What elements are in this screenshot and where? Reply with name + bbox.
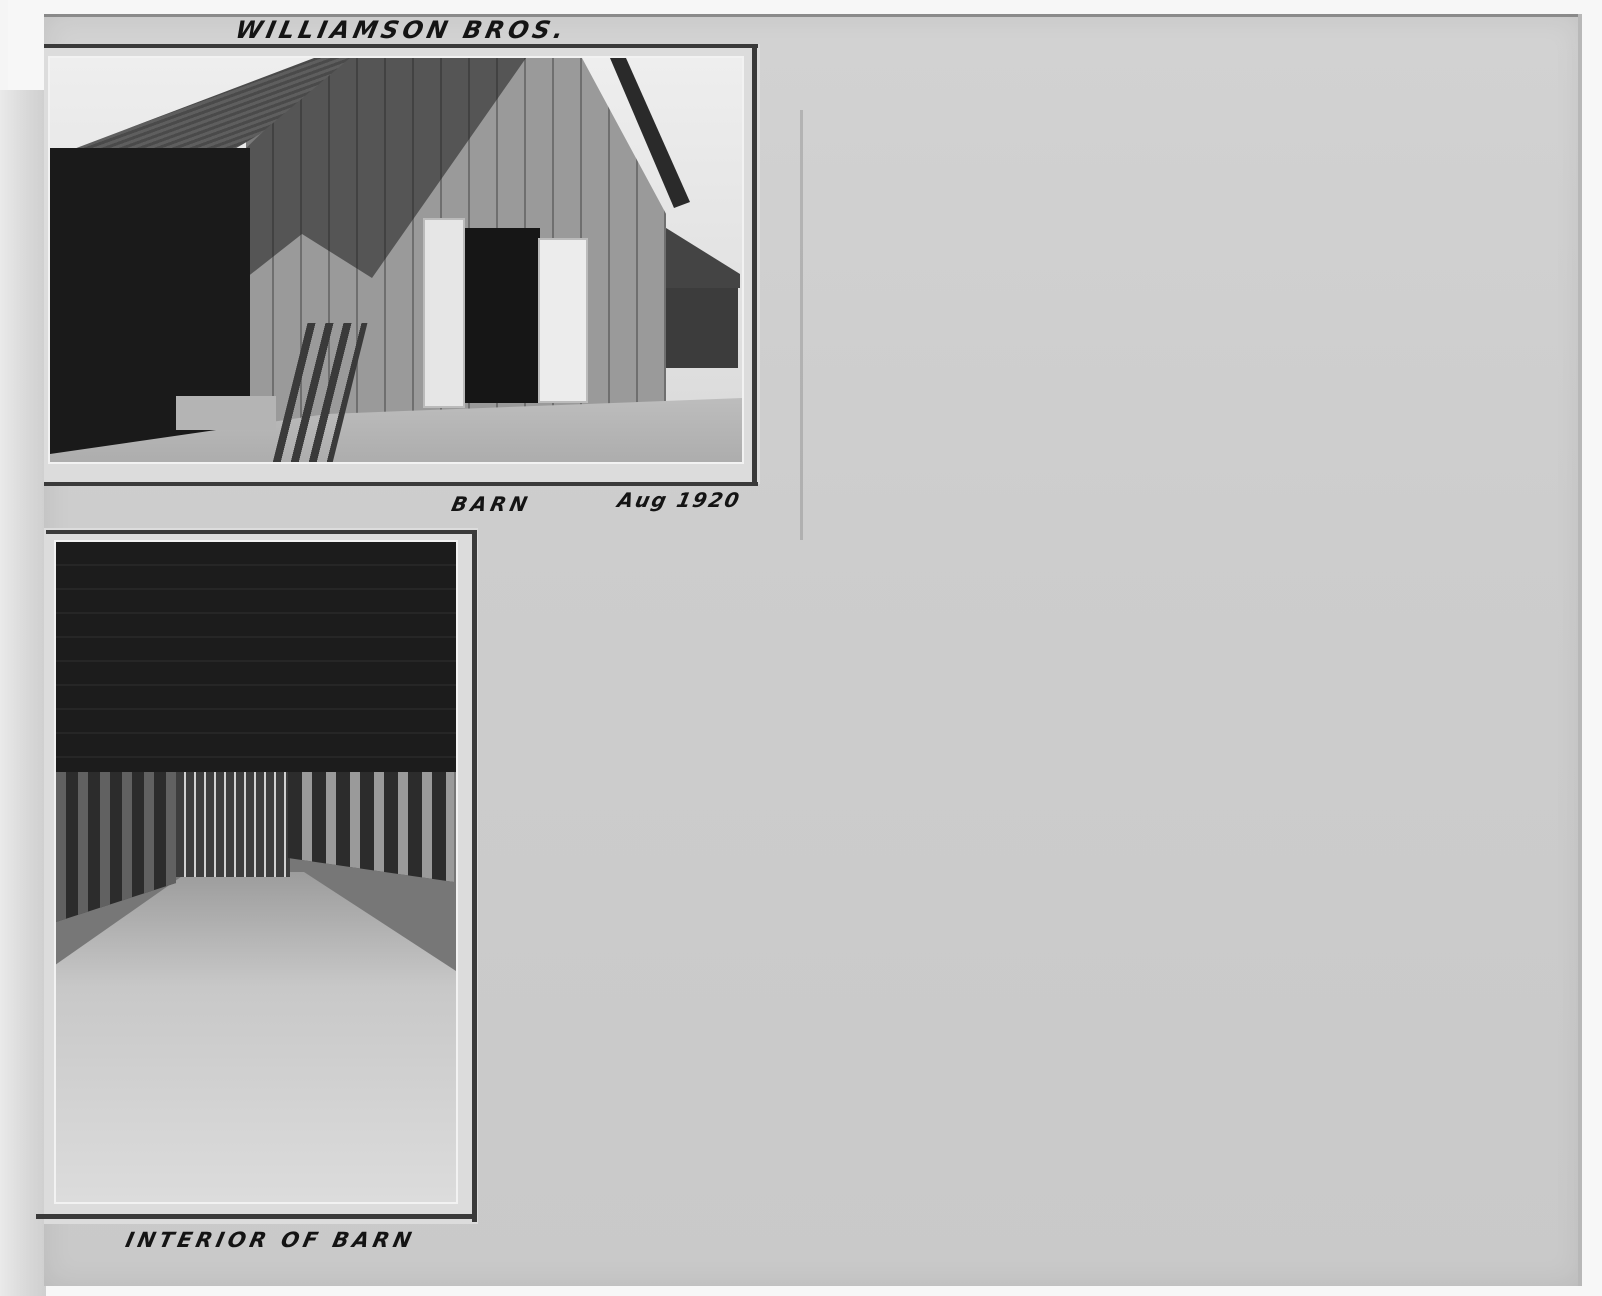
pencil-border (36, 1214, 476, 1219)
barn-exterior-photo (48, 56, 744, 464)
barn-caption: BARN (449, 492, 533, 516)
pencil-border (44, 482, 758, 486)
pencil-border (44, 44, 758, 48)
pencil-border (752, 44, 757, 484)
page-right-edge (1578, 14, 1582, 1286)
album-header-caption: WILLIAMSON BROS. (233, 16, 570, 44)
barn-interior-photo (54, 540, 458, 1204)
barn-date-caption: Aug 1920 (615, 488, 743, 512)
faint-pencil-line (800, 110, 803, 540)
interior-caption: INTERIOR OF BARN (123, 1228, 417, 1252)
pencil-border (46, 530, 476, 534)
binding-strip (0, 90, 46, 1296)
pencil-border (472, 530, 477, 1222)
